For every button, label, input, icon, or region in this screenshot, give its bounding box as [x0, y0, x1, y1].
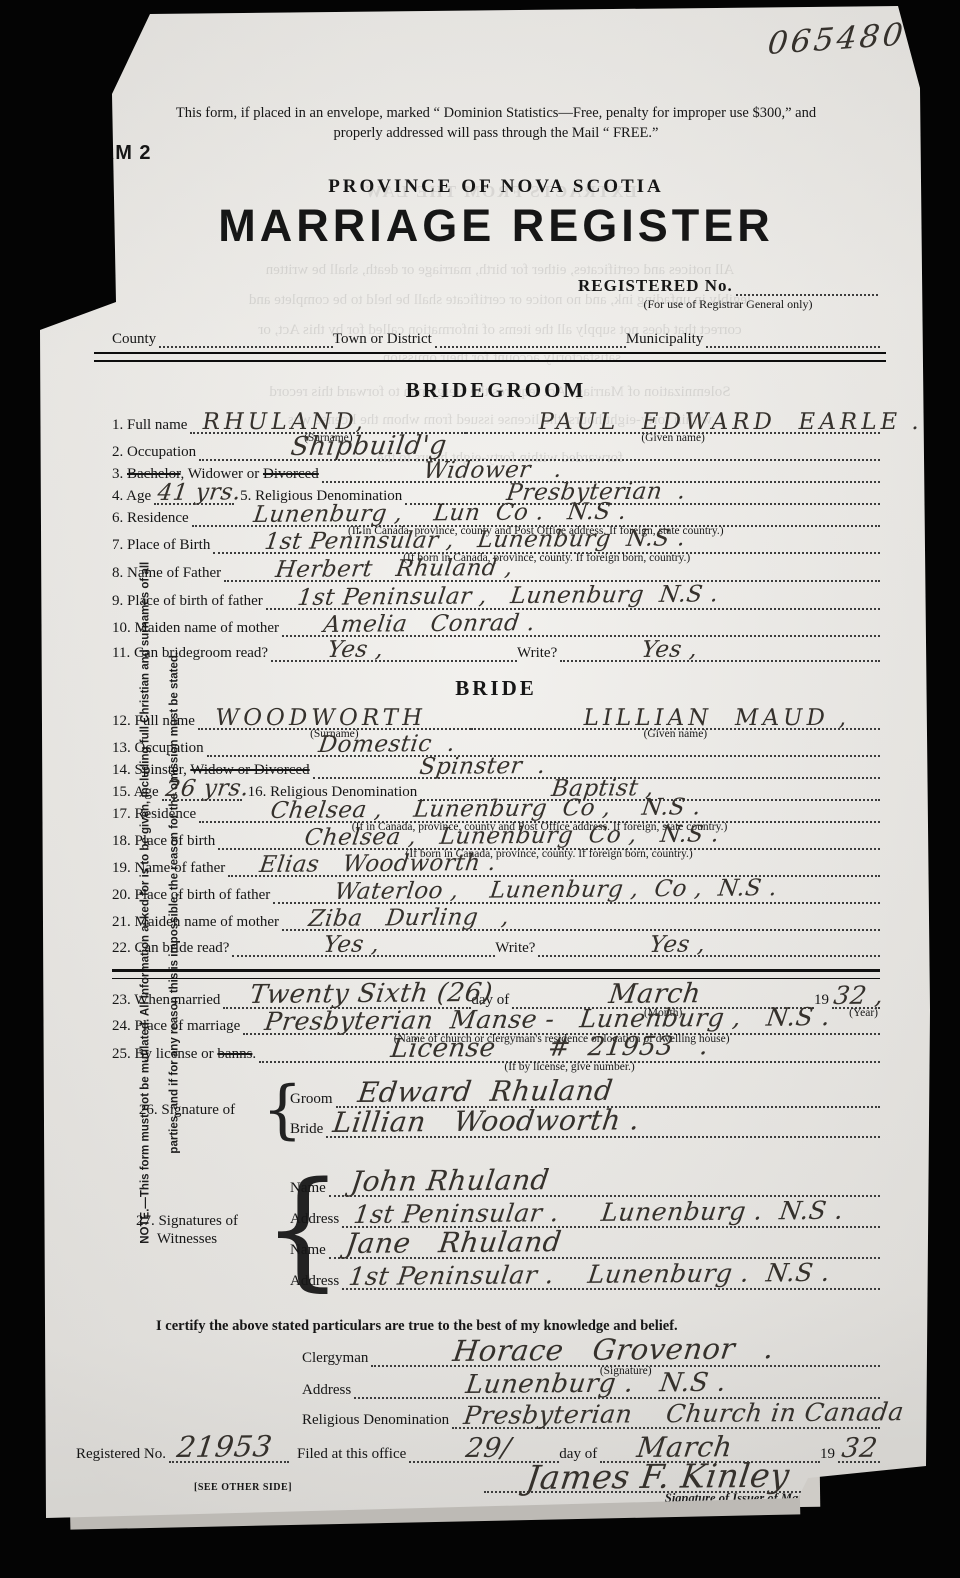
bride-heading: BRIDE [112, 676, 880, 701]
field-label: 18. Place of birth [112, 833, 218, 850]
municipality-label: Municipality [626, 331, 707, 348]
handwritten-age: 41 yrs. [156, 479, 243, 506]
scanned-marriage-register: EXTRACTS FROM THE LAW All notices and ce… [0, 0, 960, 1578]
field-birthplace-groom: 7. Place of Birth 1st Peninsular , Lunen… [112, 535, 880, 554]
witness1-name-field: John Rhuland [329, 1168, 880, 1197]
section-rule [112, 969, 880, 979]
field-label: 13. Occupation [112, 740, 207, 757]
can-write-field: Yes , [560, 641, 880, 662]
field-father-birthplace-bride: 20. Place of birth of father Waterloo , … [112, 885, 880, 904]
birthplace-field: Chelsea , Lunenburg Co , N.S . (If born … [218, 829, 880, 850]
filed-date: 29/ [464, 1433, 513, 1464]
handwritten-value: Lunenburg , Lun Co . N.S . [252, 499, 628, 528]
field-label: 25. By license or banns. [112, 1046, 259, 1063]
filed-year: 32 [840, 1433, 879, 1464]
town-field [435, 327, 626, 348]
field-label: 4. Age [112, 488, 154, 505]
witness1-address-field: 1st Peninsular . Lunenburg . N.S . [342, 1199, 880, 1228]
double-rule [94, 352, 886, 362]
issuer-signature-field: James F. Kinley Signature of Issuer of M… [484, 1465, 880, 1493]
witness2-name: Jane Rhuland [344, 1225, 564, 1260]
license-field: License # 21953 . (If by license, give n… [259, 1037, 880, 1063]
field-label: 2. Occupation [112, 444, 199, 461]
field-mother-bride: 21. Maiden name of mother Ziba Durling , [112, 912, 880, 931]
handwritten-value: Waterloo , Lunenburg , Co , N.S . [333, 875, 779, 905]
mail-instruction-note: This form, if placed in an envelope, mar… [112, 104, 880, 143]
field-label: 9. Place of birth of father [112, 593, 266, 610]
witness1-address-row: Address 1st Peninsular . Lunenburg . N.S… [290, 1201, 880, 1228]
witnesses-label-line1: 27. Signatures of [136, 1213, 238, 1229]
age-field: 41 yrs. [154, 484, 234, 505]
registered-number: 21953 [175, 1429, 274, 1464]
form-paper: EXTRACTS FROM THE LAW All notices and ce… [0, 0, 960, 1578]
marriage-place-field: Presbyterian Manse - Lunenburg , N.S . (… [243, 1009, 880, 1035]
handwritten-value: Elias Woodworth . [258, 850, 498, 878]
year-field: 32 , (Year) [832, 983, 880, 1009]
father-name-field: Elias Woodworth . [228, 856, 880, 877]
field-residence-bride: 17. Residence Chelsea , Lunenburg Co , N… [112, 804, 880, 823]
handwritten-serial-number: 065480 [766, 17, 908, 62]
handwritten-value: Spinster . [418, 753, 547, 780]
county-label: County [112, 331, 159, 348]
address-label: Address [290, 1273, 342, 1290]
field-label: 24. Place of marriage [112, 1018, 243, 1035]
denomination-label: Religious Denomination [302, 1412, 452, 1429]
county-field [159, 327, 333, 348]
field-father-bride: 19. Name of father Elias Woodworth . [112, 858, 880, 877]
handwritten-value: 1st Peninsular , Lunenburg N.S . [263, 525, 687, 555]
clergyman-label: Clergyman [302, 1350, 371, 1367]
label-struck: Divorced [263, 466, 319, 482]
given-name-field: LILLIAN MAUD , (Given name) [471, 709, 880, 730]
field-read-write-groom: 11. Can bridegroom read? Yes , Write? Ye… [112, 643, 880, 662]
mail-note-line2: properly addressed will pass through the… [112, 124, 880, 144]
witness1-address: 1st Peninsular . Lunenburg . N.S . [352, 1195, 846, 1228]
handwritten-value: Ziba Durling , [307, 904, 511, 932]
bridegroom-heading: BRIDEGROOM [112, 378, 880, 403]
field-mother-groom: 10. Maiden name of mother Amelia Conrad … [112, 618, 880, 637]
can-read-field: Yes , [271, 641, 517, 662]
filed-year-field: 32 [838, 1437, 880, 1463]
witnesses-label: 27. Signatures of Witnesses [112, 1212, 262, 1248]
name-label: Name [290, 1242, 329, 1259]
clergyman-signature-field: Horace Grovenor . (Signature) [371, 1341, 880, 1367]
field-label: 21. Maiden name of mother [112, 914, 282, 931]
witness1-name-row: Name John Rhuland [290, 1170, 880, 1197]
registered-no-caption: (For use of Registrar General only) [578, 297, 878, 312]
form-body: BRIDEGROOM 1. Full name RHULAND, (Surnam… [112, 378, 880, 1493]
document-title: MARRIAGE REGISTER [112, 200, 880, 252]
address-label: Address [290, 1211, 342, 1228]
handwritten-value: Yes , [640, 637, 699, 663]
handwritten-value: Amelia Conrad . [322, 610, 537, 638]
field-residence-groom: 6. Residence Lunenburg , Lun Co . N.S . … [112, 508, 880, 527]
field-label: 11. Can bridegroom read? [112, 645, 271, 662]
field-full-name-bride: 12. Full name WOODWORTH (Surname) LILLIA… [112, 711, 880, 730]
field-label: 8. Name of Father [112, 565, 224, 582]
address-label: Address [302, 1382, 354, 1399]
birthplace-field: 1st Peninsular , Lunenburg N.S . (If bor… [213, 533, 880, 554]
town-label: Town or District [333, 331, 435, 348]
witness2-address-row: Address 1st Peninsular . Lunenburg . N.S… [290, 1263, 880, 1290]
residence-field: Lunenburg , Lun Co . N.S . (If in Canada… [192, 506, 880, 527]
handwritten-value: Yes , [322, 932, 381, 958]
field-label: 17. Residence [112, 806, 199, 823]
registered-number-field: 21953 [169, 1437, 289, 1463]
registered-label: Registered No. [76, 1446, 169, 1463]
field-place-of-marriage: 24. Place of marriage Presbyterian Manse… [112, 1011, 880, 1035]
label-struck: banns [217, 1046, 252, 1062]
can-write-field: Yes , [538, 936, 880, 957]
father-birthplace-field: 1st Peninsular , Lunenburg N.S . [266, 589, 880, 610]
handwritten-license: License # 21953 . [389, 1031, 711, 1064]
clergy-denomination-row: Religious Denomination Presbyterian Chur… [302, 1405, 880, 1429]
registered-no-label: REGISTERED No. [578, 276, 736, 296]
handwritten-value: Yes , [326, 637, 385, 663]
field-label: 23. When married [112, 992, 223, 1009]
field-label: 22. Can bride read? [112, 940, 232, 957]
license-caption: (If by license, give number.) [259, 1061, 880, 1073]
handwritten-year: 32 , [832, 981, 886, 1010]
field-label: 10. Maiden name of mother [112, 620, 282, 637]
field-father-birthplace-groom: 9. Place of birth of father 1st Peninsul… [112, 591, 880, 610]
year-prefix: 19 [820, 1446, 838, 1463]
father-birthplace-field: Waterloo , Lunenburg , Co , N.S . [273, 883, 880, 904]
witness1-name: John Rhuland [349, 1163, 551, 1198]
given-name-field: PAUL EDWARD EARLE . (Given name) [466, 413, 880, 434]
groom-label: Groom [290, 1091, 336, 1108]
field-birthplace-bride: 18. Place of birth Chelsea , Lunenburg C… [112, 831, 880, 850]
municipality-field [706, 327, 880, 348]
witness2-address: 1st Peninsular . Lunenburg . N.S . [347, 1257, 832, 1290]
label-part: 3. [112, 466, 127, 482]
mother-name-field: Ziba Durling , [282, 910, 880, 931]
clergy-address: Lunenburg . N.S . [464, 1368, 728, 1400]
clergyman-signature: Horace Grovenor . [451, 1331, 776, 1368]
field-label: 6. Residence [112, 510, 192, 527]
form-number: FORM 2 [70, 142, 152, 165]
witnesses-block: 27. Signatures of Witnesses { Name John … [112, 1155, 880, 1304]
field-label: 12. Full name [112, 713, 198, 730]
clergy-denomination: Presbyterian Church in Canada [462, 1397, 906, 1430]
field-label: 15. Age [112, 784, 162, 801]
filed-label: Filed at this office [289, 1446, 409, 1463]
bride-signature-field: Lillian Woodworth . [326, 1110, 880, 1138]
bride-signature: Lillian Woodworth . [331, 1103, 642, 1139]
issuer-signature-row: [SEE OTHER SIDE] James F. Kinley Signatu… [112, 1467, 880, 1493]
registered-no-field [736, 272, 878, 296]
label-part: 25. By license or [112, 1046, 217, 1062]
bride-label: Bride [290, 1121, 326, 1138]
witness2-name-field: Jane Rhuland [329, 1230, 880, 1259]
clergyman-row: Clergyman Horace Grovenor . (Signature) [302, 1343, 880, 1367]
mother-name-field: Amelia Conrad . [282, 616, 880, 637]
handwritten-value: Presbyterian Manse - Lunenburg , N.S . [263, 1002, 832, 1036]
field-license: 25. By license or banns. License # 21953… [112, 1039, 880, 1063]
handwritten-value: Chelsea , Lunenburg Co , N.S . [303, 821, 721, 851]
bride-signature-row: Bride Lillian Woodworth . [290, 1112, 880, 1138]
signature-of-label: 26. Signature of [112, 1101, 262, 1119]
witness2-name-row: Name Jane Rhuland [290, 1232, 880, 1259]
brace-glyph: { [262, 1073, 290, 1147]
clergy-address-field: Lunenburg . N.S . [354, 1373, 880, 1399]
field-father-groom: 8. Name of Father Herbert Rhuland , [112, 563, 880, 582]
handwritten-age: 26 yrs. [164, 775, 251, 802]
county-row: County Town or District Municipality [112, 329, 880, 348]
province-heading: PROVINCE OF NOVA SCOTIA [112, 176, 880, 198]
witness2-address-field: 1st Peninsular . Lunenburg . N.S . [342, 1261, 880, 1290]
write-label: Write? [495, 940, 538, 957]
father-name-field: Herbert Rhuland , [224, 561, 880, 582]
surname-field: WOODWORTH (Surname) [198, 709, 471, 730]
handwritten-value: Chelsea , Lunenburg Co , N.S . [269, 794, 703, 824]
handwritten-value: 1st Peninsular , Lunenburg N.S . [296, 581, 720, 611]
field-read-write-bride: 22. Can bride read? Yes , Write? Yes , [112, 938, 880, 957]
see-other-side-note: [SEE OTHER SIDE] [194, 1482, 354, 1493]
residence-field: Chelsea , Lunenburg Co , N.S . (If in Ca… [199, 802, 880, 823]
field-label: 7. Place of Birth [112, 537, 213, 554]
handwritten-value: Herbert Rhuland , [274, 555, 515, 583]
name-label: Name [290, 1180, 329, 1197]
field-label: 19. Name of father [112, 860, 228, 877]
clergy-denomination-field: Presbyterian Church in Canada [452, 1403, 880, 1429]
field-label: 20. Place of birth of father [112, 887, 273, 904]
clergy-address-row: Address Lunenburg . N.S . [302, 1375, 880, 1399]
field-full-name-groom: 1. Full name RHULAND, (Surname) PAUL EDW… [112, 415, 880, 434]
handwritten-value: Yes , [648, 932, 707, 958]
age-field: 26 yrs. [162, 780, 242, 801]
label-part: . [252, 1046, 256, 1062]
mail-note-line1: This form, if placed in an envelope, mar… [112, 104, 880, 124]
signature-of-block: 26. Signature of { Groom Edward Rhuland … [112, 1073, 880, 1147]
write-label: Write? [517, 645, 560, 662]
can-read-field: Yes , [232, 936, 495, 957]
witnesses-label-line2: Witnesses [157, 1231, 217, 1247]
field-label: 1. Full name [112, 417, 190, 434]
registered-no-block: REGISTERED No. (For use of Registrar Gen… [578, 274, 878, 312]
brace-glyph: { [262, 1155, 290, 1304]
